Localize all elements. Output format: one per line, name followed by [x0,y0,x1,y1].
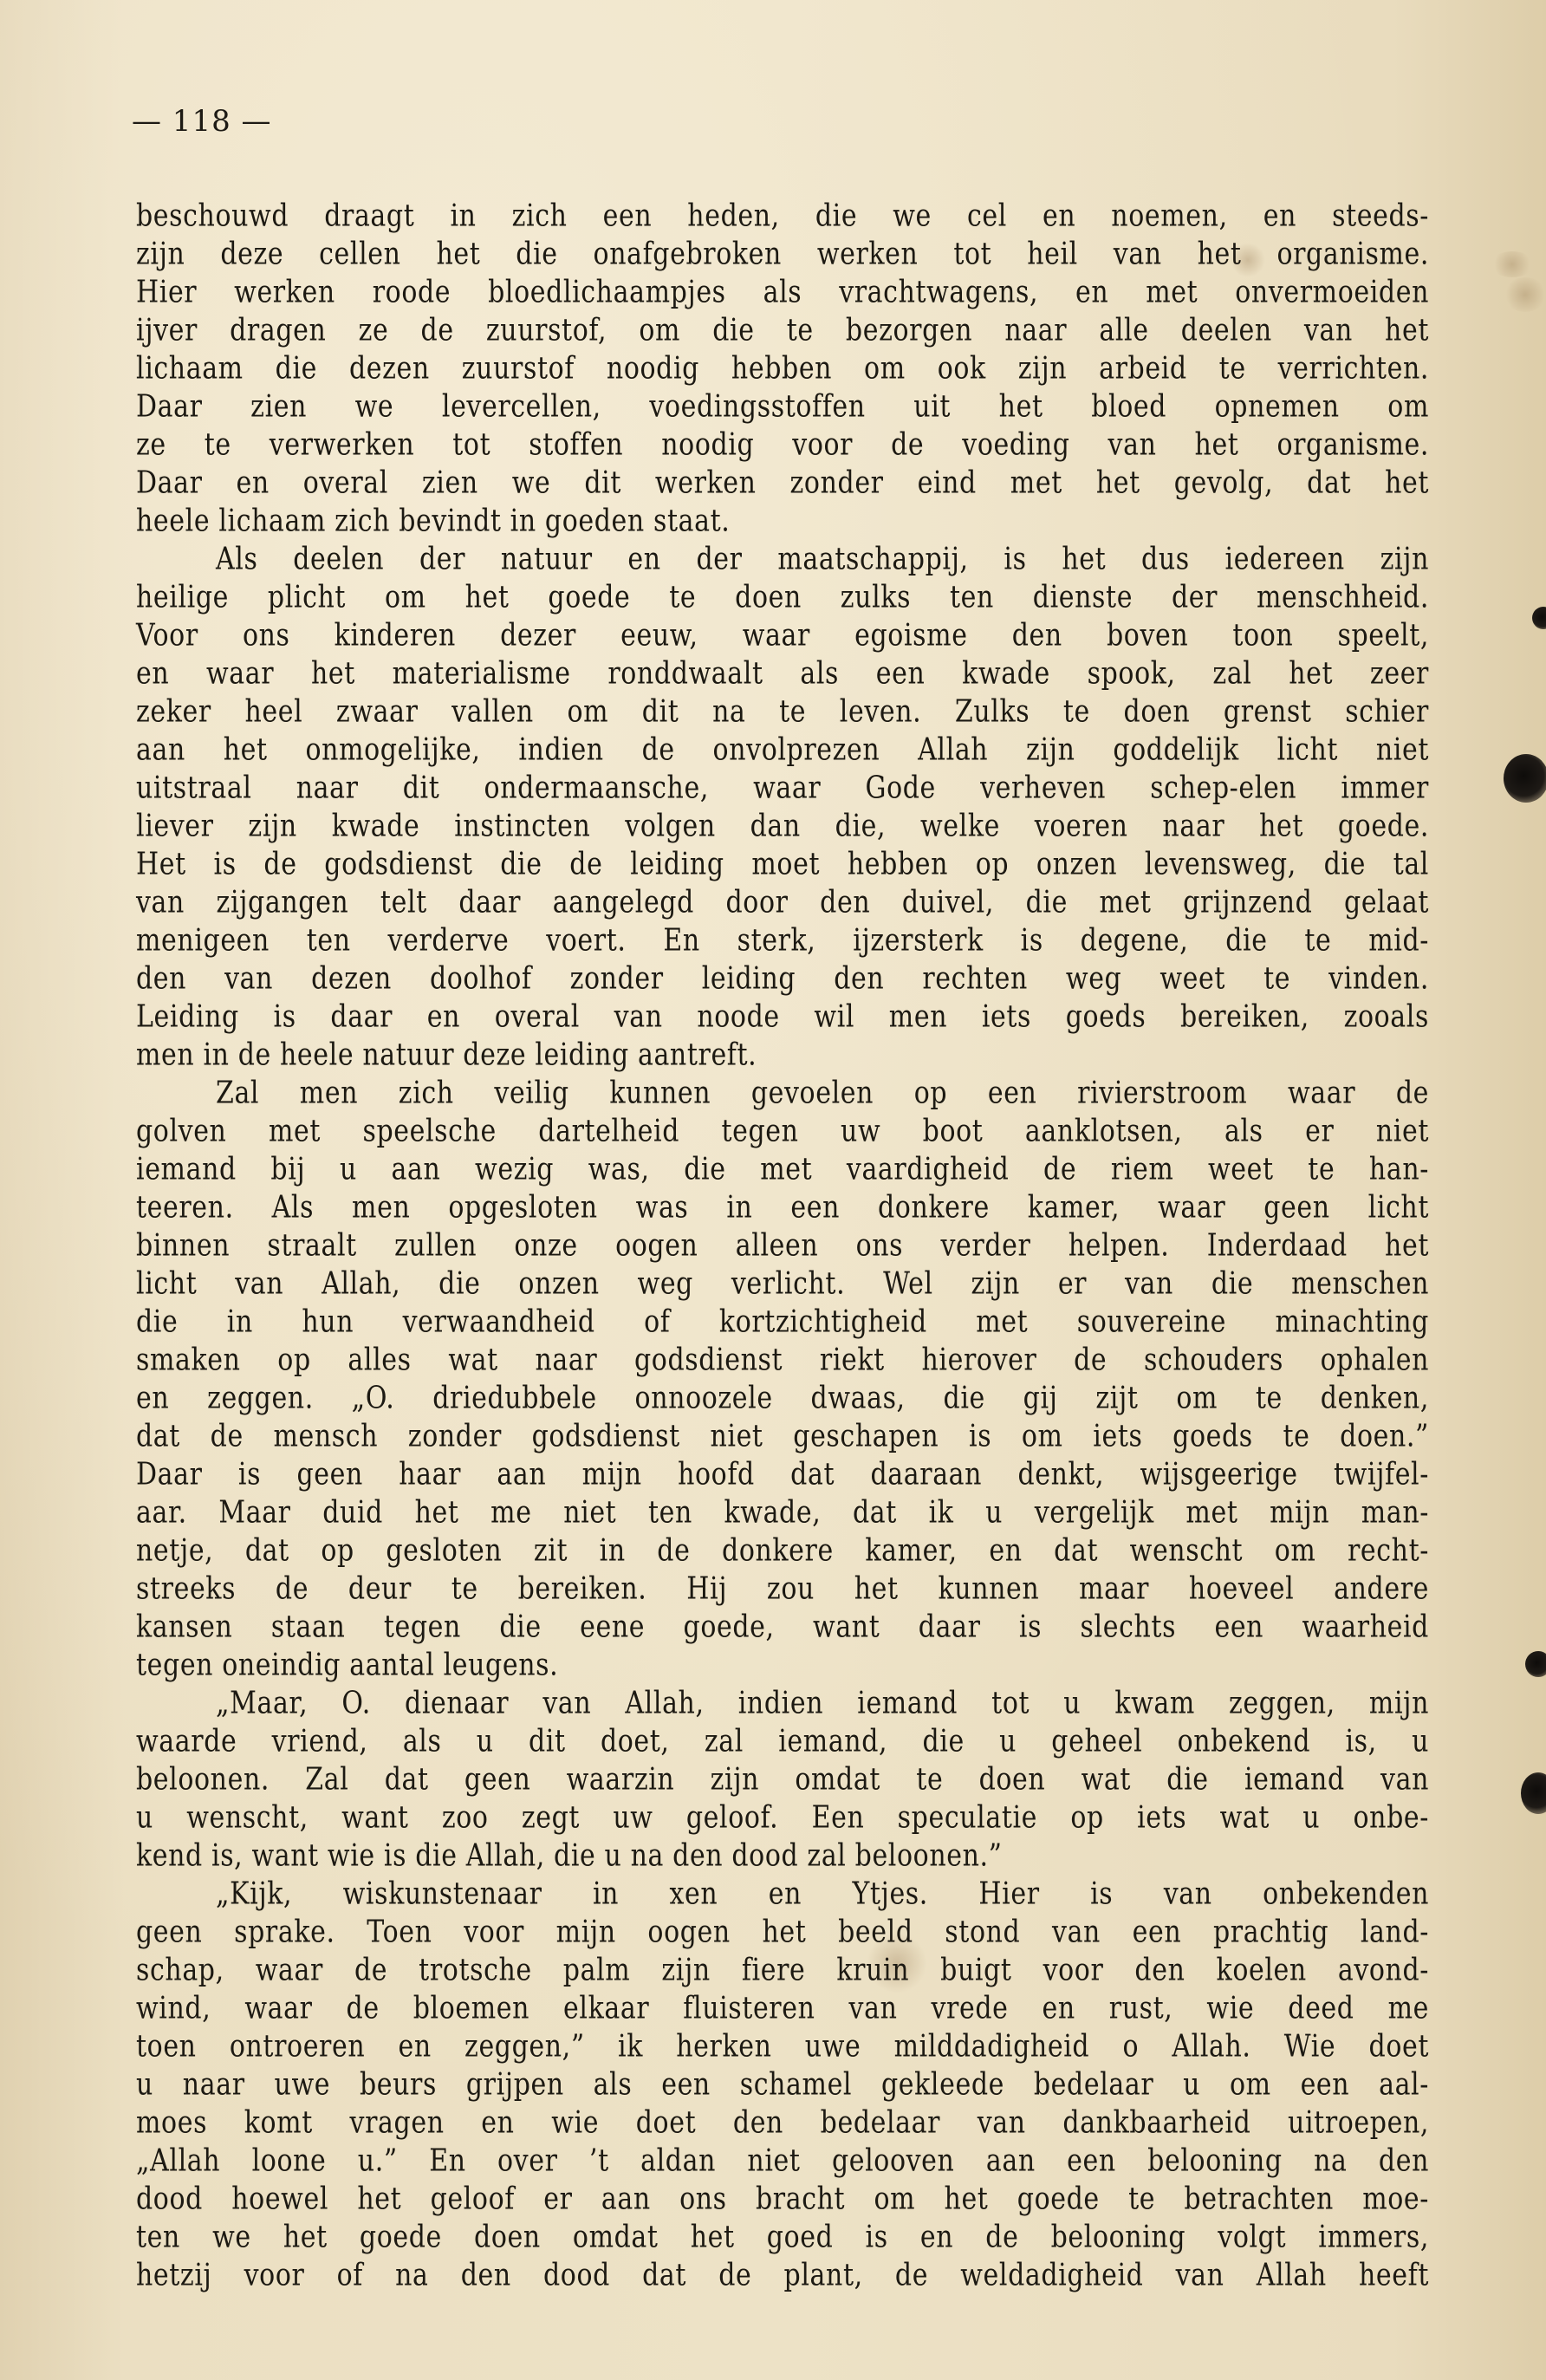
text-line: hetzij voor of na den dood dat de plant,… [136,2253,1429,2299]
paper-stain [1491,251,1534,277]
scanned-page: — 118 — beschouwd draagt in zich een hed… [0,0,1546,2380]
binding-hole [1532,607,1546,629]
page-number: — 118 — [132,104,272,139]
binding-hole [1504,754,1546,803]
binding-hole [1521,1772,1546,1814]
body-text: beschouwd draagt in zich een heden, die … [136,198,1429,2295]
binding-hole [1525,1651,1546,1677]
paper-stain [1504,277,1546,312]
